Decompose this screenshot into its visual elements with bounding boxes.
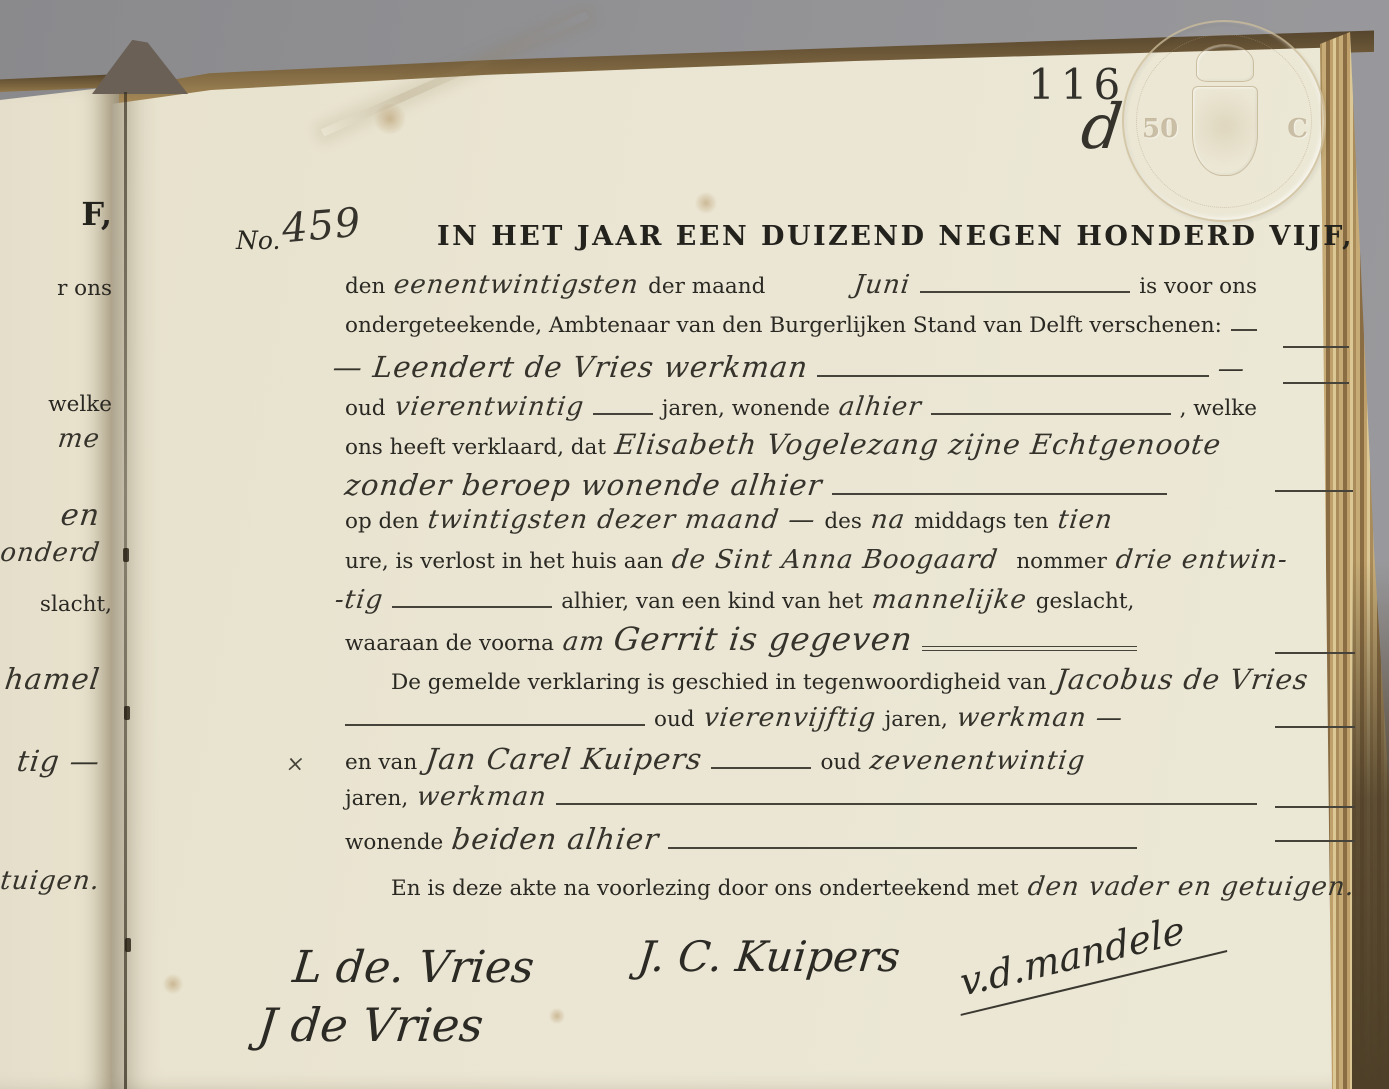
signature-witness2: J. C. Kuipers: [635, 932, 902, 981]
handwritten-text: werkman: [415, 782, 548, 812]
handwritten-text: Gerrit is gegeven: [612, 620, 915, 658]
fill-rule: [922, 646, 1137, 651]
form-line-witness1-age: oud vierenvijftig jaren, werkman —: [345, 703, 1257, 733]
page-edge-stack-shade: [1352, 560, 1389, 1089]
form-line-declarant-age: oud vierentwintig jaren, wonende alhier …: [345, 392, 1257, 422]
printed-text: den: [345, 274, 385, 299]
act-title: IN HET JAAR EEN DUIZEND NEGEN HONDERD VI…: [437, 221, 1354, 252]
foxing-spot: [694, 192, 718, 214]
form-line-declarant-name: — Leendert de Vries werkman —: [333, 350, 1245, 384]
printed-text: oud: [345, 396, 386, 421]
printed-text: oud: [654, 707, 695, 732]
left-page-fragment: slacht,: [0, 592, 116, 617]
left-page-fragment: hamel: [0, 662, 106, 696]
form-line-date: den eenentwintigsten der maand Juni is v…: [345, 270, 1257, 300]
printed-text: waaraan de voorna: [345, 631, 554, 656]
form-line-mother-occupation: zonder beroep wonende alhier: [345, 468, 1257, 502]
printed-text: en van: [345, 750, 417, 775]
binding-stitch: [124, 706, 130, 720]
printed-text: nommer: [1016, 549, 1107, 574]
seal-denomination-right: C: [1287, 114, 1308, 144]
fill-rule: [832, 493, 1168, 495]
foxing-spot: [162, 974, 184, 994]
handwritten-text: na: [869, 505, 907, 535]
act-number: 459: [280, 200, 363, 253]
printed-text: oud: [820, 750, 861, 775]
foxing-spot: [372, 104, 408, 134]
printed-text: op den: [345, 509, 419, 534]
handwritten-text: Elisabeth Vogelezang zijne Echtgenoote: [613, 428, 1223, 461]
left-page-fragment: me: [0, 424, 106, 454]
left-page-rule: [1283, 382, 1349, 384]
fill-rule: [556, 803, 1257, 805]
left-page-fragment: welke: [0, 392, 116, 417]
act-number-label: No.: [236, 226, 280, 255]
printed-text: En is deze akte na voorlezing door ons o…: [345, 876, 1019, 901]
handwritten-text: drie entwin-: [1114, 545, 1289, 575]
handwritten-text: vierenvijftig: [702, 703, 878, 733]
handwritten-text: Juni: [852, 270, 912, 300]
form-line-closing: En is deze akte na voorlezing door ons o…: [345, 872, 1257, 902]
form-line-witness2-occupation: jaren, werkman: [345, 782, 1257, 812]
seal-coat-of-arms-icon: [1192, 86, 1258, 176]
seal-denomination-left: 50: [1142, 114, 1178, 144]
fill-rule: [668, 847, 1137, 849]
handwritten-text: Jan Carel Kuipers: [424, 742, 704, 776]
printed-text: jaren,: [345, 786, 408, 811]
printed-text: , welke: [1180, 396, 1257, 421]
printed-text: alhier, van een kind van het: [561, 589, 863, 614]
gutter-notch: [92, 28, 188, 94]
foxing-spot: [548, 1008, 566, 1024]
margin-cross-mark: ×: [284, 752, 307, 777]
printed-text: wonende: [345, 830, 443, 855]
printed-text: jaren,: [885, 707, 948, 732]
handwritten-text: eenentwintigsten: [393, 270, 641, 300]
fill-rule: [711, 767, 811, 769]
form-line-child-gender: -tig alhier, van een kind van het mannel…: [335, 585, 1247, 615]
printed-text: is voor ons: [1139, 274, 1257, 299]
form-line-mother-name: ons heeft verklaard, dat Elisabeth Vogel…: [345, 428, 1257, 461]
fill-rule: [1231, 329, 1257, 331]
handwritten-text: Jacobus de Vries: [1053, 663, 1310, 696]
printed-text: De gemelde verklaring is geschied in teg…: [345, 670, 1047, 695]
printed-text: ons heeft verklaard, dat: [345, 435, 606, 460]
handwritten-text: den vader en getuigen.: [1026, 872, 1357, 902]
left-page-fragment: tuigen.: [0, 866, 106, 896]
left-page: [0, 86, 119, 1089]
fill-rule: [817, 375, 1209, 377]
left-page-rule: [1275, 652, 1355, 654]
left-page-fragment: onderd: [0, 538, 106, 568]
handwritten-text: werkman —: [955, 703, 1125, 733]
signature-father: L de. Vries: [290, 942, 536, 993]
handwritten-text: vierentwintig: [393, 392, 586, 422]
printed-text: jaren, wonende: [662, 396, 830, 421]
handwritten-text: zonder beroep wonende alhier: [343, 468, 825, 502]
handwritten-text: twintigsten dezer maand —: [426, 505, 817, 535]
handwritten-text: — Leendert de Vries werkman: [331, 350, 810, 384]
handwritten-text: am: [561, 627, 607, 657]
handwritten-text: tien: [1056, 505, 1115, 535]
fill-rule: [931, 413, 1171, 415]
form-line-child-name: waaraan de voorna am Gerrit is gegeven: [345, 620, 1257, 658]
handwritten-text: —: [1216, 354, 1247, 384]
seal-crown-icon: [1196, 44, 1254, 82]
left-page-rule: [1275, 726, 1355, 728]
binding-stitch: [123, 548, 129, 562]
binding-stitch: [125, 938, 131, 952]
left-page-fragment: r ons: [0, 276, 116, 301]
left-page-rule: [1275, 806, 1355, 808]
left-page-fragment: en: [0, 498, 106, 533]
handwritten-text: zevenentwintig: [868, 746, 1087, 776]
form-line-witness2: en van Jan Carel Kuipers oud zevenentwin…: [345, 742, 1257, 776]
left-page-rule: [1275, 840, 1355, 842]
form-line-witness1: De gemelde verklaring is geschied in teg…: [345, 663, 1257, 696]
handwritten-text: beiden alhier: [450, 822, 661, 856]
form-line-birth-date-time: op den twintigsten dezer maand — des na …: [345, 505, 1257, 535]
form-line-registrar: ondergeteekende, Ambtenaar van den Burge…: [345, 313, 1257, 338]
left-page-fragment: tig —: [0, 744, 106, 778]
printed-text: middags ten: [914, 509, 1048, 534]
form-line-birth-address: ure, is verlost in het huis aan de Sint …: [345, 545, 1257, 575]
fill-rule: [345, 724, 645, 726]
signature-witness1: J de Vries: [255, 998, 486, 1052]
fill-rule: [593, 413, 653, 415]
printed-text: ure, is verlost in het huis aan: [345, 549, 663, 574]
printed-text: des: [824, 509, 862, 534]
fill-rule: [392, 606, 552, 608]
handwritten-text: -tig: [333, 585, 385, 615]
fill-rule: [920, 291, 1131, 293]
left-page-rule: [1275, 490, 1353, 492]
embossed-seal: 50 C: [1122, 20, 1326, 222]
handwritten-text: mannelijke: [870, 585, 1029, 615]
printed-text: der maand: [648, 274, 765, 299]
scanned-birth-record-page: { "colors": { "paper": "#eae5d2", "ink":…: [0, 0, 1389, 1089]
printed-text: geslacht,: [1036, 589, 1135, 614]
form-line-witnesses-residence: wonende beiden alhier: [345, 822, 1257, 856]
left-page-rule: [1283, 346, 1349, 348]
handwritten-text: alhier: [837, 392, 923, 422]
handwritten-text: de Sint Anna Boogaard: [670, 545, 1000, 575]
printed-text: ondergeteekende, Ambtenaar van den Burge…: [345, 313, 1222, 338]
left-page-fragment: F,: [0, 195, 116, 233]
